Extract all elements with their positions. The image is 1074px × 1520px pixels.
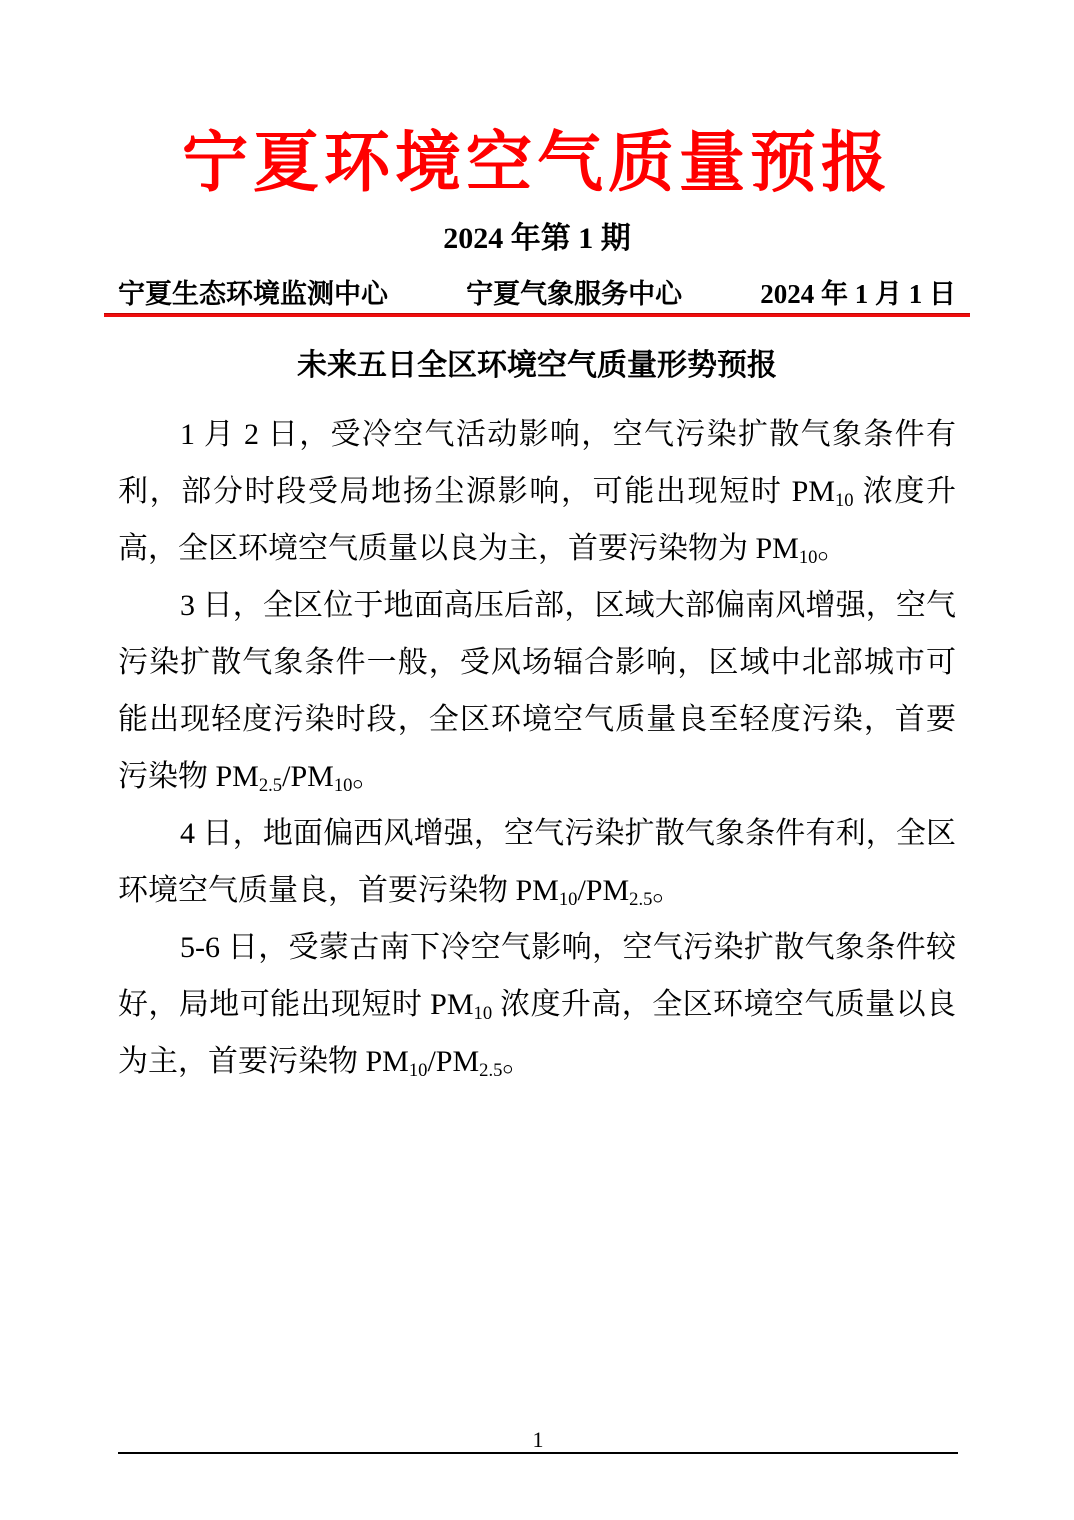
document-content: 宁夏环境空气质量预报 2024 年第 1 期 宁夏生态环境监测中心 宁夏气象服务… xyxy=(0,122,1074,1090)
footer-rule xyxy=(118,1452,958,1454)
forecast-paragraph-jan2: 1 月 2 日，受冷空气活动影响，空气污染扩散气象条件有利，部分时段受局地扬尘源… xyxy=(118,406,956,577)
forecast-paragraph-day3: 3 日，全区位于地面高压后部，区域大部偏南风增强，空气污染扩散气象条件一般，受风… xyxy=(118,577,956,805)
page-footer: 1 xyxy=(118,1428,958,1454)
header-red-rule xyxy=(104,313,970,317)
issue-number: 2024 年第 1 期 xyxy=(118,220,956,258)
forecast-body: 1 月 2 日，受冷空气活动影响，空气污染扩散气象条件有利，部分时段受局地扬尘源… xyxy=(118,406,956,1090)
section-title: 未来五日全区环境空气质量形势预报 xyxy=(118,349,956,383)
issuer-weather-center: 宁夏气象服务中心 xyxy=(466,276,682,312)
issuer-monitoring-center: 宁夏生态环境监测中心 xyxy=(118,276,388,312)
document-page: 宁夏环境空气质量预报 2024 年第 1 期 宁夏生态环境监测中心 宁夏气象服务… xyxy=(0,0,1074,1520)
issue-date: 2024 年 1 月 1 日 xyxy=(760,276,956,312)
forecast-paragraph-day4: 4 日，地面偏西风增强，空气污染扩散气象条件有利，全区环境空气质量良，首要污染物… xyxy=(118,805,956,919)
page-number: 1 xyxy=(118,1428,958,1452)
document-title: 宁夏环境空气质量预报 xyxy=(118,122,956,206)
forecast-paragraph-day5-6: 5-6 日，受蒙古南下冷空气影响，空气污染扩散气象条件较好，局地可能出现短时 P… xyxy=(118,919,956,1090)
issuer-row: 宁夏生态环境监测中心 宁夏气象服务中心 2024 年 1 月 1 日 xyxy=(118,276,956,312)
